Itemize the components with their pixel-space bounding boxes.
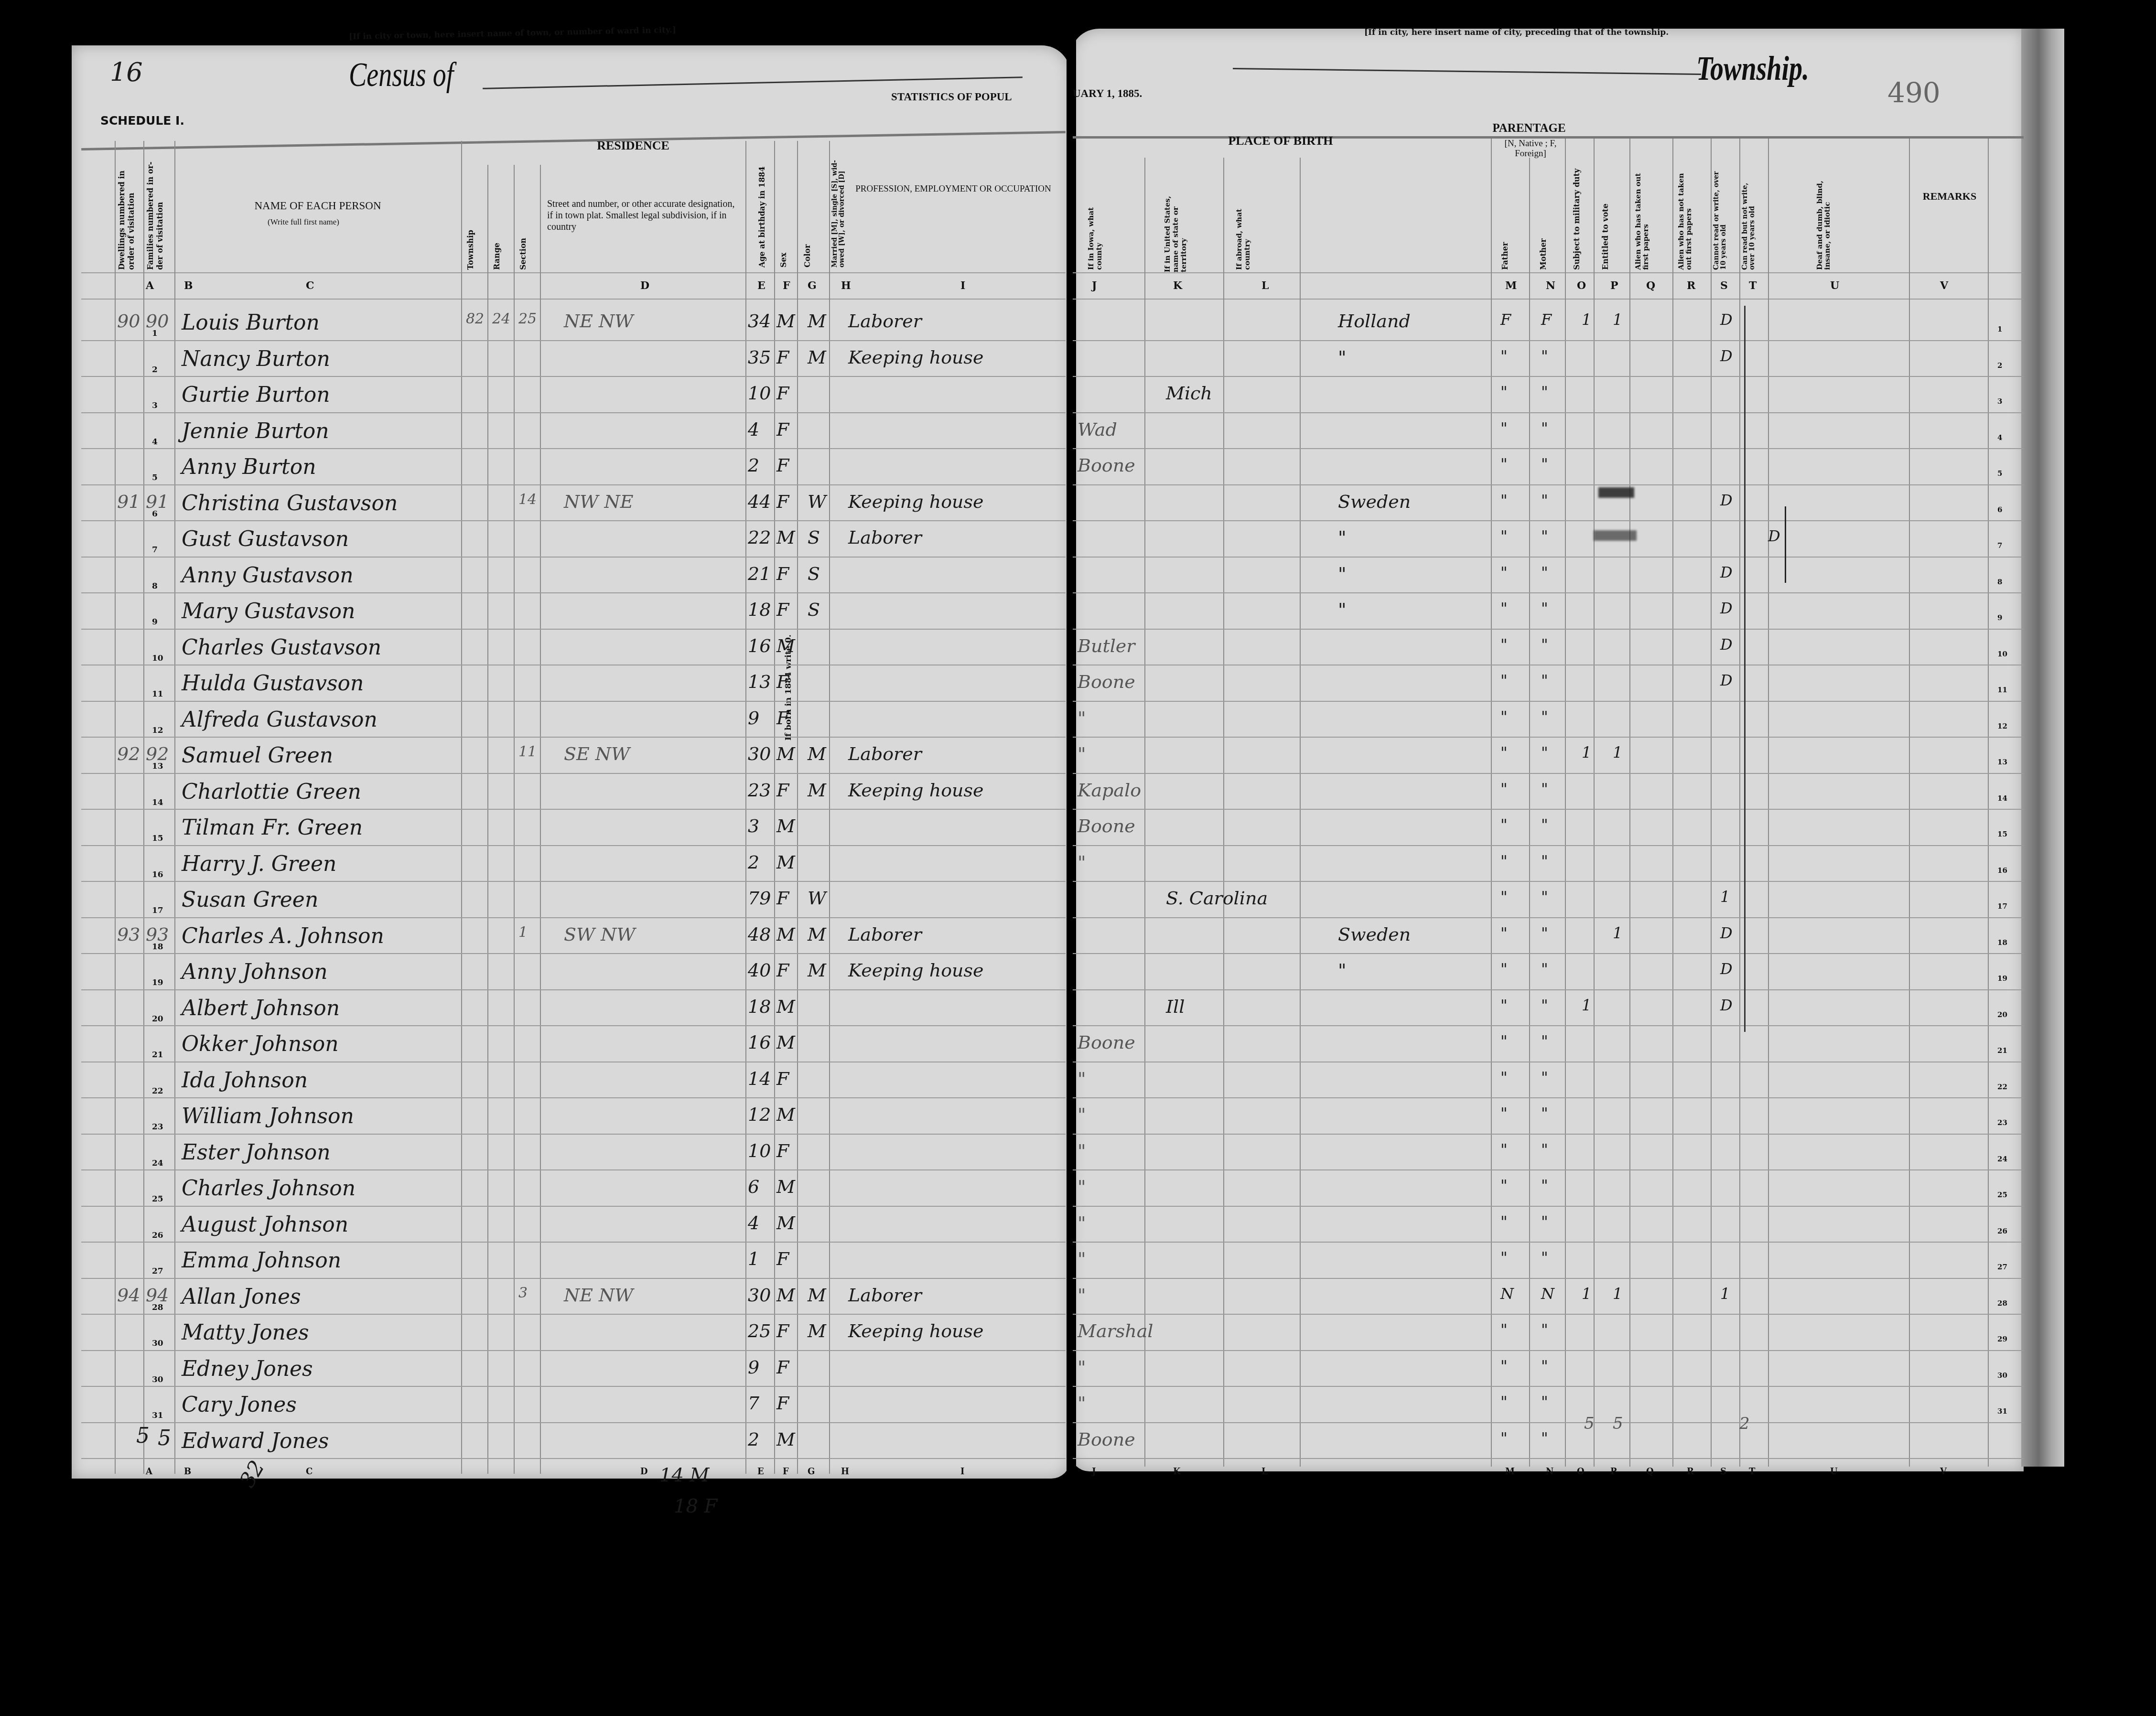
cell-marital: M: [808, 347, 826, 368]
cell-father: ": [1500, 996, 1508, 1014]
cell-read: D: [1720, 671, 1733, 689]
right-row-number: 14: [1997, 794, 2007, 803]
row-number: 30: [152, 1375, 163, 1384]
row-number: 30: [152, 1339, 163, 1348]
row-rule: [1073, 1169, 2024, 1170]
column-letter: E: [757, 279, 765, 292]
cell-mother: ": [1541, 852, 1548, 870]
cell-mother: ": [1541, 708, 1548, 726]
statistics-title-right: UARY 1, 1885.: [1073, 87, 1142, 100]
cell-occupation: Laborer: [848, 1285, 922, 1306]
cell-name: Christina Gustavson: [182, 491, 398, 515]
row-number: 19: [152, 978, 163, 987]
cell-read: D: [1720, 599, 1733, 617]
township-label: Township.: [1696, 49, 1809, 88]
row-rule: [1073, 989, 2024, 990]
cell-father: ": [1500, 888, 1508, 906]
row-rule: [1073, 376, 2024, 377]
cell-mother: ": [1541, 924, 1548, 942]
row-rule: [81, 1242, 1066, 1243]
literacy-bracket-line: [1785, 506, 1786, 583]
can-read-header: Can read but not write, over 10 years ol…: [1742, 136, 1756, 270]
row-number: 7: [152, 545, 158, 555]
cell-mother: ": [1541, 491, 1548, 509]
schedule-label: SCHEDULE I.: [100, 114, 184, 128]
col-border: [1739, 139, 1740, 1467]
cell-sex: M: [776, 815, 795, 837]
right-row-number: 27: [1997, 1263, 2007, 1271]
row-number: 31: [152, 1411, 163, 1420]
cell-sex: F: [776, 708, 789, 729]
row-rule: [81, 448, 1066, 449]
row-number: 23: [152, 1122, 163, 1132]
row-rule: [1073, 737, 2024, 738]
iowa-county-header: If in Iowa, what county: [1087, 170, 1103, 270]
cell-county: ": [1078, 1068, 1086, 1089]
column-letter: D: [640, 1467, 648, 1477]
cell-name: Edney Jones: [182, 1357, 313, 1381]
row-number: 5: [152, 473, 158, 483]
cell-family: 91: [146, 491, 169, 512]
column-letter: A: [146, 279, 154, 292]
sex-header: Sex: [779, 241, 788, 268]
cell-sex: F: [776, 347, 789, 368]
cell-mother: ": [1541, 599, 1548, 617]
cell-state: Ill: [1166, 996, 1185, 1017]
cell-twp: 82: [466, 311, 484, 327]
column-letter: B: [184, 1467, 191, 1477]
row-rule: [1073, 665, 2024, 665]
row-rule: [81, 484, 1066, 485]
cell-father: ": [1500, 1068, 1508, 1086]
row-rule: [1073, 340, 2024, 341]
cell-name: Ester Johnson: [182, 1140, 331, 1165]
row-number: 8: [152, 581, 158, 591]
right-row-number: 31: [1997, 1407, 2007, 1416]
row-rule: [81, 1458, 1066, 1459]
row-rule: [1073, 557, 2024, 558]
right-row-number: 2: [1997, 361, 2002, 370]
book-gutter: [1067, 29, 1076, 1481]
column-letter: O: [1577, 1467, 1585, 1477]
cell-sex: F: [776, 1068, 789, 1089]
cell-age: 4: [748, 419, 759, 440]
cell-vote: 1: [1613, 311, 1622, 329]
row-number: 16: [152, 870, 163, 879]
column-letter: H: [841, 279, 851, 292]
column-letter: A: [146, 1467, 152, 1477]
cell-marital: S: [808, 563, 820, 584]
total-males: 14 M: [659, 1464, 710, 1486]
header-bottom-rule-left: [81, 272, 1066, 273]
ink-strike-mark: [1598, 487, 1634, 498]
cell-abroad: ": [1338, 347, 1346, 368]
cell-mother: ": [1541, 743, 1548, 761]
column-letter: H: [841, 1467, 849, 1477]
cell-marital: M: [808, 1285, 826, 1306]
entitled-to-vote-header: Entitled to vote: [1601, 177, 1610, 270]
column-letter: I: [960, 1467, 964, 1477]
statistics-title-left: STATISTICS OF POPUL: [891, 91, 1012, 103]
cell-county: ": [1078, 1104, 1086, 1125]
cell-father: ": [1500, 635, 1508, 654]
cell-mother: ": [1541, 1140, 1548, 1158]
cell-street: NE NW: [564, 1285, 633, 1306]
cell-father: ": [1500, 780, 1508, 798]
cell-father: ": [1500, 1104, 1508, 1122]
col-border: [1711, 139, 1712, 1467]
cell-read: D: [1720, 996, 1733, 1014]
cell-name: Samuel Green: [182, 743, 333, 768]
row-rule: [1073, 1314, 2024, 1315]
right-row-number: 1: [1997, 325, 2002, 333]
cell-name: Harry J. Green: [182, 852, 336, 876]
cell-mother: F: [1541, 311, 1552, 329]
cell-mother: ": [1541, 960, 1548, 978]
row-number: 9: [152, 617, 158, 627]
cell-occupation: Keeping house: [848, 960, 984, 981]
right-row-number: 20: [1997, 1010, 2007, 1019]
cell-sex: F: [776, 780, 789, 801]
cell-sex: F: [776, 1248, 789, 1269]
cell-county: Boone: [1078, 815, 1135, 837]
cell-dwelling: 92: [117, 743, 140, 764]
cell-occupation: Laborer: [848, 311, 922, 332]
mother-header: Mother: [1539, 227, 1548, 270]
cell-sex: M: [776, 1285, 795, 1306]
letters-rule-right: [1073, 299, 2024, 300]
cell-vote: 1: [1613, 924, 1622, 942]
row-rule: [81, 1097, 1066, 1098]
col-border: [461, 141, 462, 1474]
column-letter: U: [1830, 279, 1839, 292]
cell-father: ": [1500, 924, 1508, 942]
cell-age: 7: [748, 1393, 759, 1414]
right-row-number: 17: [1997, 902, 2007, 911]
cell-age: 14: [748, 1068, 771, 1089]
cell-age: 2: [748, 1429, 759, 1450]
cell-name: Mary Gustavson: [182, 599, 355, 623]
cell-street: SW NW: [564, 924, 635, 945]
column-letter: V: [1940, 279, 1948, 292]
row-rule: [81, 773, 1066, 774]
cell-mother: ": [1541, 671, 1548, 689]
cell-mother: ": [1541, 383, 1548, 401]
cell-family: 90: [146, 311, 169, 332]
letters-rule-left: [81, 299, 1066, 300]
cell-read: D: [1720, 491, 1733, 509]
column-letter: G: [808, 279, 817, 292]
right-row-number: 25: [1997, 1190, 2007, 1199]
cell-sex: F: [776, 455, 789, 476]
row-number: 12: [152, 726, 163, 735]
cell-marital: M: [808, 743, 826, 764]
column-letter: L: [1261, 279, 1269, 292]
column-letter: K: [1173, 279, 1182, 292]
right-row-number: 12: [1997, 722, 2007, 730]
col-border: [774, 141, 775, 1474]
cell-father: ": [1500, 563, 1508, 581]
cell-state: S. Carolina: [1166, 888, 1268, 909]
col-border: [1565, 139, 1566, 1467]
military-duty-header: Subject to military duty: [1572, 139, 1582, 270]
right-row-number: 22: [1997, 1083, 2007, 1091]
total-families: 5: [158, 1426, 171, 1450]
cell-father: ": [1500, 852, 1508, 870]
cell-name: Hulda Gustavson: [182, 671, 364, 696]
cell-sex: M: [776, 1104, 795, 1125]
cell-street: SE NW: [564, 743, 630, 764]
cell-marital: M: [808, 311, 826, 332]
cell-age: 30: [748, 743, 771, 764]
column-letter: C: [306, 279, 314, 292]
cell-military: 1: [1582, 311, 1591, 329]
row-number: 20: [152, 1014, 163, 1024]
cell-mother: ": [1541, 780, 1548, 798]
cell-county: ": [1078, 708, 1086, 729]
cannot-read-header: Cannot read or write, over 10 years old: [1713, 136, 1727, 270]
right-row-number: 11: [1997, 686, 2007, 694]
range-header: Range: [492, 234, 502, 270]
row-rule: [1073, 629, 2024, 630]
cell-age: 30: [748, 1285, 771, 1306]
row-rule: [81, 1169, 1066, 1170]
cell-dwelling: 93: [117, 924, 140, 945]
cell-name: William Johnson: [182, 1104, 354, 1128]
cell-marital: M: [808, 780, 826, 801]
cell-sec: 1: [518, 924, 528, 941]
row-rule: [1073, 881, 2024, 882]
col-border: [829, 141, 830, 1474]
cell-sex: F: [776, 1357, 789, 1378]
row-rule: [81, 1134, 1066, 1135]
column-letter: N: [1546, 279, 1555, 292]
column-letter: U: [1830, 1467, 1838, 1477]
row-rule: [1073, 412, 2024, 413]
column-letter: E: [757, 1467, 764, 1477]
cell-mother: ": [1541, 996, 1548, 1014]
row-rule: [81, 1314, 1066, 1315]
families-header: Families numbered in or- der of visitati…: [146, 155, 165, 270]
row-rule: [1073, 484, 2024, 485]
column-letter: V: [1940, 1467, 1947, 1477]
row-number: 10: [152, 654, 163, 663]
cell-sex: M: [776, 1429, 795, 1450]
right-row-number: 18: [1997, 938, 2007, 947]
cell-age: 22: [748, 527, 771, 548]
cell-occupation: Keeping house: [848, 1320, 984, 1341]
row-number: 4: [152, 437, 158, 447]
cell-sex: M: [776, 743, 795, 764]
column-letter: J: [1092, 279, 1097, 292]
row-number: 21: [152, 1050, 163, 1060]
marital-header: Married [M], single [S], wid- owed [W], …: [831, 143, 846, 268]
remarks-heading: REMARKS: [1911, 190, 1988, 203]
column-letter: C: [306, 1467, 313, 1477]
cell-sec: 3: [518, 1285, 528, 1301]
cell-father: ": [1500, 455, 1508, 473]
cell-father: N: [1500, 1285, 1514, 1303]
cell-sex: M: [776, 527, 795, 548]
cell-father: ": [1500, 347, 1508, 365]
cell-marital: M: [808, 960, 826, 981]
cell-state: Mich: [1166, 383, 1212, 404]
row-number: 15: [152, 834, 163, 843]
total-dwellings: 5: [136, 1424, 150, 1448]
total-military: 5: [1584, 1414, 1595, 1433]
row-rule: [1073, 1134, 2024, 1135]
row-number: 25: [152, 1194, 163, 1204]
right-row-number: 3: [1997, 397, 2002, 406]
row-rule: [81, 1206, 1066, 1207]
right-row-number: 29: [1997, 1335, 2007, 1343]
row-rule: [81, 1422, 1066, 1423]
cell-sex: M: [776, 635, 795, 656]
cell-name: Charles A. Johnson: [182, 924, 384, 948]
cell-mother: ": [1541, 563, 1548, 581]
right-row-number: 16: [1997, 866, 2007, 875]
cell-father: ": [1500, 1357, 1508, 1375]
cell-mother: ": [1541, 1068, 1548, 1086]
cell-name: August Johnson: [182, 1212, 348, 1237]
page-edge-stack: [2021, 29, 2064, 1467]
cell-father: ": [1500, 708, 1508, 726]
row-rule: [1073, 953, 2024, 954]
cell-age: 40: [748, 960, 771, 981]
cell-father: ": [1500, 743, 1508, 761]
cell-sex: F: [776, 671, 789, 692]
cell-sex: M: [776, 311, 795, 332]
cell-father: ": [1500, 1429, 1508, 1447]
cell-read: D: [1720, 311, 1733, 329]
right-row-number: 9: [1997, 613, 2002, 622]
cell-mother: ": [1541, 815, 1548, 834]
census-of-label: Census of: [349, 55, 453, 95]
cell-age: 13: [748, 671, 771, 692]
cell-military: 1: [1582, 1285, 1591, 1303]
cell-age: 9: [748, 708, 759, 729]
col-border: [1144, 158, 1145, 1467]
right-row-number: 23: [1997, 1118, 2007, 1127]
right-row-number: 24: [1997, 1155, 2007, 1163]
col-border: [797, 141, 798, 1474]
cell-mother: ": [1541, 1032, 1548, 1050]
row-rule: [81, 412, 1066, 413]
row-rule: [1073, 845, 2024, 846]
column-letter: S: [1720, 1467, 1726, 1477]
cell-father: ": [1500, 671, 1508, 689]
cell-name: Alfreda Gustavson: [182, 708, 377, 732]
row-number: 11: [152, 689, 163, 699]
cell-name: Matty Jones: [182, 1320, 309, 1345]
col-border: [1768, 139, 1769, 1467]
literacy-bracket-line: [1744, 306, 1746, 1032]
total-females: 18 F: [674, 1495, 717, 1517]
col-border: [1491, 139, 1492, 1467]
col-border: [143, 141, 144, 1474]
cell-marital: S: [808, 527, 820, 548]
age-header: Age at birthday in 1884: [757, 143, 767, 268]
cell-county: Kapalo: [1078, 780, 1141, 801]
cell-read: D: [1720, 960, 1733, 978]
street-column-description: Street and number, or other accurate des…: [547, 198, 738, 233]
cell-mother: ": [1541, 635, 1548, 654]
right-top-note: [If in city, here insert name of city, p…: [1364, 28, 1669, 37]
cell-county: ": [1078, 1248, 1086, 1269]
cell-county: ": [1078, 1357, 1086, 1378]
cell-age: 34: [748, 311, 771, 332]
col-border: [1909, 139, 1910, 1467]
cell-name: Charles Gustavson: [182, 635, 381, 660]
cell-county: Boone: [1078, 1032, 1135, 1053]
cell-marital: M: [808, 1320, 826, 1341]
cell-father: ": [1500, 1212, 1508, 1231]
cell-name: Nancy Burton: [182, 347, 330, 371]
row-rule: [1073, 1350, 2024, 1351]
cell-age: 48: [748, 924, 771, 945]
cell-name: Susan Green: [182, 888, 318, 912]
cell-sex: F: [776, 383, 789, 404]
cell-military: 1: [1582, 743, 1591, 761]
color-header: Color: [803, 234, 812, 268]
father-header: Father: [1500, 229, 1510, 270]
cell-mother: ": [1541, 1429, 1548, 1447]
column-letter: T: [1749, 1467, 1755, 1477]
row-rule: [81, 881, 1066, 882]
row-rule: [81, 340, 1066, 341]
cell-county: ": [1078, 1176, 1086, 1197]
cell-age: 79: [748, 888, 771, 909]
col-border: [1300, 158, 1301, 1467]
cell-county: Wad: [1078, 419, 1117, 440]
row-number: 3: [152, 401, 158, 410]
cell-military: 1: [1582, 996, 1591, 1014]
column-letter: J: [1092, 1467, 1096, 1477]
cell-father: ": [1500, 1248, 1508, 1266]
cell-mother: ": [1541, 1212, 1548, 1231]
cell-mother: ": [1541, 419, 1548, 437]
column-letter: S: [1720, 279, 1728, 292]
cell-occupation: Keeping house: [848, 780, 984, 801]
cell-vote: 1: [1613, 1285, 1622, 1303]
column-letter: B: [184, 279, 193, 292]
cell-county: Boone: [1078, 1429, 1135, 1450]
row-rule: [1073, 1206, 2024, 1207]
col-border: [745, 141, 746, 1474]
name-column-subtitle: (Write full first name): [268, 215, 339, 229]
row-rule: [1073, 520, 2024, 521]
cell-marital: M: [808, 924, 826, 945]
cell-dwelling: 90: [117, 311, 140, 332]
row-rule: [81, 557, 1066, 558]
right-row-number: 15: [1997, 830, 2007, 838]
cell-father: ": [1500, 419, 1508, 437]
cell-sex: M: [776, 852, 795, 873]
right-row-number: 21: [1997, 1046, 2007, 1055]
township-header: Township: [466, 217, 475, 270]
cell-name: Okker Johnson: [182, 1032, 339, 1056]
cell-name: Emma Johnson: [182, 1248, 341, 1273]
row-number: 2: [152, 365, 158, 375]
cell-abroad: Sweden: [1338, 491, 1411, 512]
cell-mother: ": [1541, 1104, 1548, 1122]
cell-mother: ": [1541, 1393, 1548, 1411]
right-row-number: 5: [1997, 469, 2002, 478]
column-letter: Q: [1646, 279, 1655, 292]
parentage-heading: PARENTAGE: [1491, 122, 1567, 135]
cell-name: Ida Johnson: [182, 1068, 308, 1093]
cell-age: 18: [748, 599, 771, 620]
